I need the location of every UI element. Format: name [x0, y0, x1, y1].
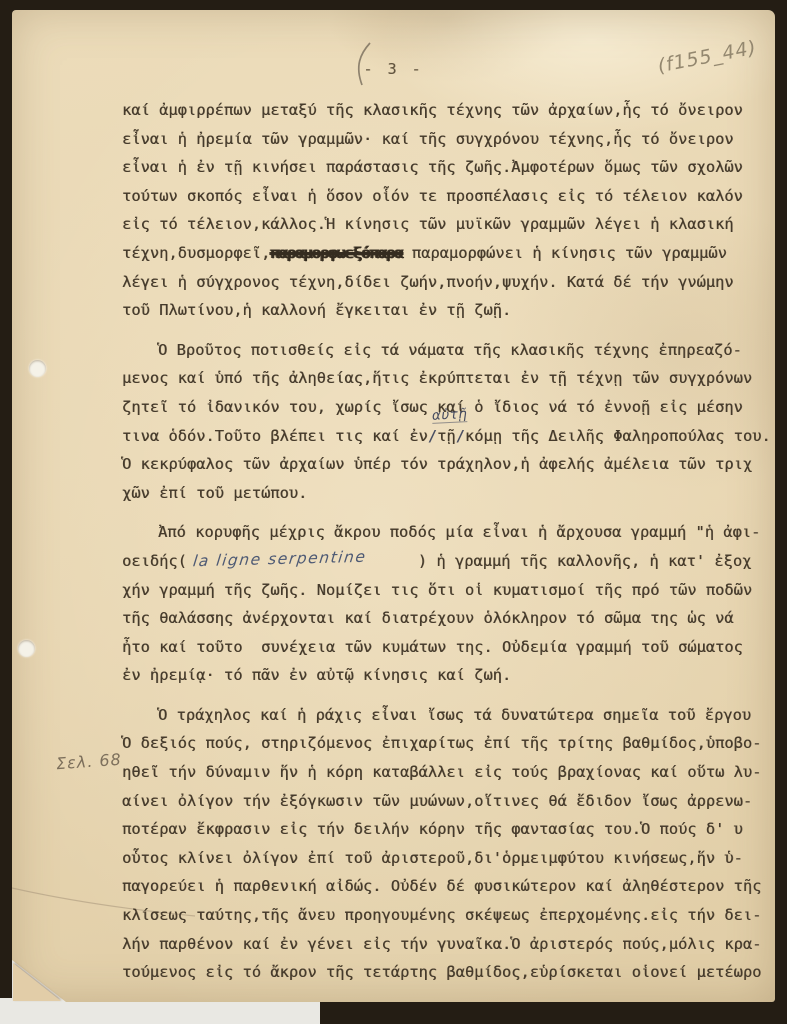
typed-text: τοῦ Πλωτίνου,ἡ καλλονή ἔγκειται ἐν τῇ ζω…	[122, 301, 511, 319]
typed-text: Ὁ δεξιός πούς, στηριζόμενος ἐπιχαρίτως ἐ…	[122, 734, 761, 752]
typed-text: λέγει ἡ σύγχρονος τέχνη,δίδει ζωήν,πνοήν…	[122, 273, 734, 291]
typed-text: ἐν ἠρεμίᾳ· τό πᾶν ἐν αὐτῷ κίνησις καί ζω…	[122, 666, 511, 684]
typed-line: ηθεῖ τήν δύναμιν ἥν ἡ κόρη καταβάλλει εἰ…	[122, 758, 770, 787]
typed-text: Ὁ τράχηλος καί ἡ ράχις εἶναι ἴσως τά δυν…	[158, 706, 751, 724]
typed-text: τούμενος εἰς τό ἄκρον τῆς τετάρτης βαθμί…	[122, 963, 761, 981]
typed-text: τούτων σκοπός εἶναι ἡ ὅσον οἷόν τε προσπ…	[122, 187, 743, 205]
margin-page-reference: Σελ. 68	[55, 750, 122, 774]
typed-text: ηθεῖ τήν δύναμιν ἥν ἡ κόρη καταβάλλει εἰ…	[122, 763, 761, 781]
typed-text: εἶναι ἡ ἠρεμία τῶν γραμμῶν· καί τῆς συγχ…	[122, 130, 734, 148]
typed-line: οειδής(la ligne serpentine) ἡ γραμμή τῆς…	[122, 547, 770, 576]
typed-line: καί ἀμφιρρέπων μεταξύ τῆς κλασικῆς τέχνη…	[122, 96, 770, 125]
typed-text: λήν παρθένον καί ἐν γένει εἰς τήν γυναῖκ…	[122, 935, 761, 953]
typed-text: μενος καί ὑπό τῆς ἀληθείας,ἥτις ἐκρύπτετ…	[122, 369, 752, 387]
typed-line: Ὁ Βροῦτος ποτισθείς εἰς τά νάματα τῆς κλ…	[122, 336, 770, 365]
typed-line: χῶν ἐπί τοῦ μετώπου.	[122, 479, 770, 508]
typed-text-block: καί ἀμφιρρέπων μεταξύ τῆς κλασικῆς τέχνη…	[122, 96, 770, 987]
punch-hole	[29, 360, 46, 377]
punch-hole	[18, 640, 35, 657]
typed-line: λέγει ἡ σύγχρονος τέχνη,δίδει ζωήν,πνοήν…	[122, 268, 770, 297]
typed-line: τοῦ Πλωτίνου,ἡ καλλονή ἔγκειται ἐν τῇ ζω…	[122, 296, 770, 325]
folded-corner-flap	[13, 963, 61, 1001]
typed-text: αίνει ὀλίγον τήν ἐξόγκωσιν τῶν μυώνων,οἵ…	[122, 792, 752, 810]
handwritten-french-phrase: la ligne serpentine	[185, 542, 374, 575]
paragraph: Ὁ Βροῦτος ποτισθείς εἰς τά νάματα τῆς κλ…	[122, 336, 770, 508]
typed-text: κόμῃ τῆς Δειλῆς Φαληροπούλας του.	[465, 427, 771, 445]
typed-text: ἦτο καί τοῦτο συνέχεια τῶν κυμάτων της. …	[122, 638, 743, 656]
typed-line: τέχνη,δυσμορφεῖ,παραμορφωεξόπαρα παραμορ…	[122, 239, 770, 268]
typed-text: οὗτος κλίνει ὀλίγον ἐπί τοῦ ἀριστεροῦ,δι…	[122, 849, 743, 867]
typed-line: Ὁ κεκρύφαλος τῶν ἀρχαίων ὑπέρ τόν τράχηλ…	[122, 450, 770, 479]
typed-line: παγορεύει ἡ παρθενική αἰδώς. Οὐδέν δέ φυ…	[122, 872, 770, 901]
insertion-slash: /	[456, 427, 465, 445]
typed-line: ποτέραν ἔκφρασιν εἰς τήν δειλήν κόρην τῆ…	[122, 815, 770, 844]
insertion-slash: /	[428, 427, 437, 445]
paragraph: Ὁ τράχηλος καί ἡ ράχις εἶναι ἴσως τά δυν…	[122, 701, 770, 987]
typed-text: καί ἀμφιρρέπων μεταξύ τῆς κλασικῆς τέχνη…	[122, 101, 743, 119]
typed-text: εἶναι ἡ ἐν τῇ κινήσει παράστασις τῆς ζωῆ…	[122, 158, 743, 176]
handwritten-inserted-word: αὐτῇ	[431, 408, 467, 424]
typewritten-page: - 3 - (f155_44) Σελ. 68 καί ἀμφιρρέπων μ…	[12, 10, 775, 1002]
typed-line: ἐν ἠρεμίᾳ· τό πᾶν ἐν αὐτῷ κίνησις καί ζω…	[122, 661, 770, 690]
typed-line: χήν γραμμή τῆς ζωῆς. Νομίζει τις ὅτι οἱ …	[122, 576, 770, 605]
typed-text: ποτέραν ἔκφρασιν εἰς τήν δειλήν κόρην τῆ…	[122, 820, 743, 838]
typed-text: Ὁ κεκρύφαλος τῶν ἀρχαίων ὑπέρ τόν τράχηλ…	[122, 455, 752, 473]
typed-line: τινα ὁδόν.Τοῦτο βλέπει τις καί ἐν/τῇ/αὐτ…	[122, 422, 770, 451]
paragraph: καί ἀμφιρρέπων μεταξύ τῆς κλασικῆς τέχνη…	[122, 96, 770, 325]
typed-line: εἰς τό τέλειον,κάλλος.Ἡ κίνησις τῶν μυϊκ…	[122, 210, 770, 239]
typed-line: τούτων σκοπός εἶναι ἡ ὅσον οἷόν τε προσπ…	[122, 182, 770, 211]
typed-text: τῇ	[437, 427, 456, 445]
typed-text: εἰς τό τέλειον,κάλλος.Ἡ κίνησις τῶν μυϊκ…	[122, 215, 734, 233]
typed-text: χῶν ἐπί τοῦ μετώπου.	[122, 484, 307, 502]
typed-line: εἶναι ἡ ἠρεμία τῶν γραμμῶν· καί τῆς συγχ…	[122, 125, 770, 154]
typed-line: Ὁ δεξιός πούς, στηριζόμενος ἐπιχαρίτως ἐ…	[122, 729, 770, 758]
typed-line: ἦτο καί τοῦτο συνέχεια τῶν κυμάτων της. …	[122, 633, 770, 662]
typed-line: εἶναι ἡ ἐν τῇ κινήσει παράστασις τῆς ζωῆ…	[122, 153, 770, 182]
typed-text: κλίσεως ταύτης,τῆς ἄνευ προηγουμένης σκέ…	[122, 906, 761, 924]
handwritten-insertion-point: /τῇ/αὐτῇ	[428, 422, 465, 451]
struck-overtyped-text: παραμορφωεξόπαρα	[270, 244, 402, 262]
typed-line: Ἀπό κορυφῆς μέχρις ἄκρου ποδός μία εἶναι…	[122, 518, 770, 547]
typed-line: Ὁ τράχηλος καί ἡ ράχις εἶναι ἴσως τά δυν…	[122, 701, 770, 730]
typed-line: αίνει ὀλίγον τήν ἐξόγκωσιν τῶν μυώνων,οἵ…	[122, 787, 770, 816]
typed-text: τέχνη,δυσμορφεῖ,	[122, 244, 270, 262]
typed-text: χήν γραμμή τῆς ζωῆς. Νομίζει τις ὅτι οἱ …	[122, 581, 752, 599]
typed-line: τῆς θαλάσσης ἀνέρχονται καί διατρέχουν ὁ…	[122, 604, 770, 633]
typed-line: τούμενος εἰς τό ἄκρον τῆς τετάρτης βαθμί…	[122, 958, 770, 987]
typed-text: ) ἡ γραμμή τῆς καλλονῆς, ἡ κατ' ἐξοχ	[418, 552, 752, 570]
typed-text: τινα ὁδόν.Τοῦτο βλέπει τις καί ἐν	[122, 427, 428, 445]
typed-line: λήν παρθένον καί ἐν γένει εἰς τήν γυναῖκ…	[122, 930, 770, 959]
typed-text: Ὁ Βροῦτος ποτισθείς εἰς τά νάματα τῆς κλ…	[158, 341, 742, 359]
typed-text: Ἀπό κορυφῆς μέχρις ἄκρου ποδός μία εἶναι…	[158, 523, 760, 541]
typed-text: τῆς θαλάσσης ἀνέρχονται καί διατρέχουν ὁ…	[122, 609, 734, 627]
typed-line: οὗτος κλίνει ὀλίγον ἐπί τοῦ ἀριστεροῦ,δι…	[122, 844, 770, 873]
paragraph: Ἀπό κορυφῆς μέχρις ἄκρου ποδός μία εἶναι…	[122, 518, 770, 690]
typed-line: κλίσεως ταύτης,τῆς ἄνευ προηγουμένης σκέ…	[122, 901, 770, 930]
typed-text: οειδής(	[122, 552, 187, 570]
typed-text: παγορεύει ἡ παρθενική αἰδώς. Οὐδέν δέ φυ…	[122, 877, 761, 895]
typed-text: παραμορφώνει ἡ κίνησις τῶν γραμμῶν	[403, 244, 727, 262]
typed-line: μενος καί ὑπό τῆς ἀληθείας,ἥτις ἐκρύπτετ…	[122, 364, 770, 393]
